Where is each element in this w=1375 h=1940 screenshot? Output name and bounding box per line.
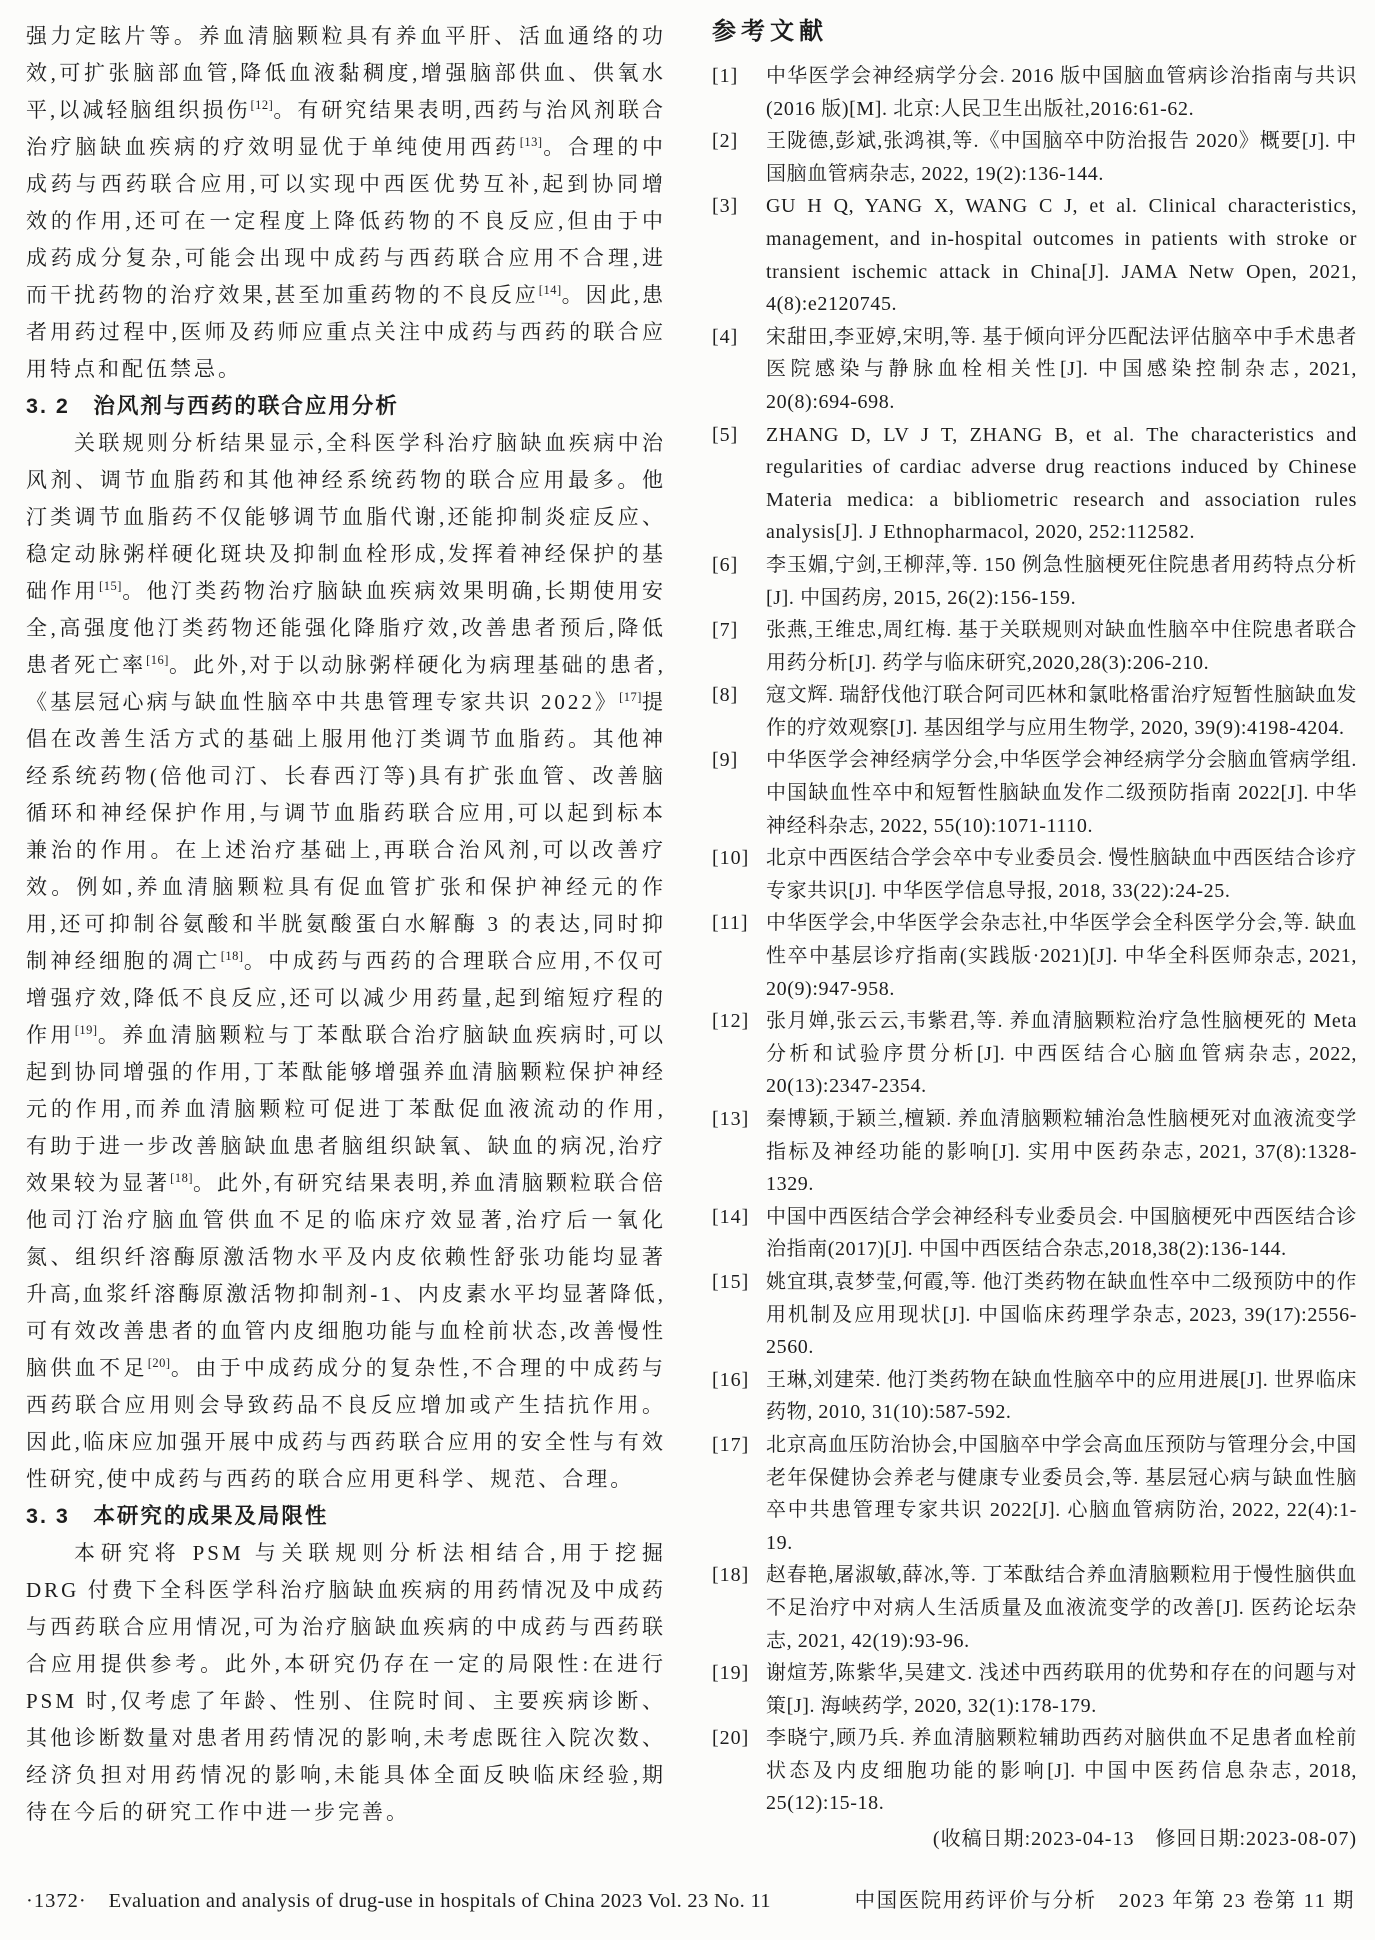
reference-number: [10] xyxy=(712,842,766,907)
reference-text: 张月婵,张云云,韦紫君,等. 养血清脑颗粒治疗急性脑梗死的 Meta 分析和试验… xyxy=(766,1005,1357,1103)
journal-page: 强力定眩片等。养血清脑颗粒具有养血平肝、活血通络的功效,可扩张脑部血管,降低血液… xyxy=(0,0,1375,1940)
reference-text: 北京高血压防治协会,中国脑卒中学会高血压预防与管理分会,中国老年保健协会养老与健… xyxy=(766,1429,1357,1559)
reference-number: [3] xyxy=(712,190,766,320)
reference-text: 李玉媚,宁剑,王柳萍,等. 150 例急性脑梗死住院患者用药特点分析[J]. 中… xyxy=(766,549,1357,614)
reference-text: 谢煊芳,陈紫华,吴建文. 浅述中西药联用的优势和存在的问题与对策[J]. 海峡药… xyxy=(766,1657,1357,1722)
references-title: 参考文献 xyxy=(712,12,1357,52)
reference-item: [9] 中华医学会神经病学分会,中华医学会神经病学分会脑血管病学组. 中国缺血性… xyxy=(712,744,1357,842)
reference-text: 王琳,刘建荣. 他汀类药物在缺血性脑卒中的应用进展[J]. 世界临床药物, 20… xyxy=(766,1364,1357,1429)
section-3-2-paragraph: 关联规则分析结果显示,全科医学科治疗脑缺血疾病中治风剂、调节血脂药和其他神经系统… xyxy=(26,425,666,1498)
reference-text: 宋甜田,李亚婷,宋明,等. 基于倾向评分匹配法评估脑卒中手术患者医院感染与静脉血… xyxy=(766,321,1357,419)
citation-superscript: [20] xyxy=(148,1356,171,1370)
reference-number: [16] xyxy=(712,1364,766,1429)
reference-item: [8] 寇文辉. 瑞舒伐他汀联合阿司匹林和氯吡格雷治疗短暂性脑缺血发作的疗效观察… xyxy=(712,679,1357,744)
citation-superscript: [13] xyxy=(520,135,543,149)
received-revised-dates: (收稿日期:2023-04-13 修回日期:2023-08-07) xyxy=(712,1823,1357,1856)
reference-number: [4] xyxy=(712,321,766,419)
reference-text: 中华医学会神经病学分会. 2016 版中国脑血管病诊治指南与共识(2016 版)… xyxy=(766,60,1357,125)
citation-superscript: [12] xyxy=(251,98,274,112)
reference-number: [2] xyxy=(712,125,766,190)
reference-number: [6] xyxy=(712,549,766,614)
reference-item: [3] GU H Q, YANG X, WANG C J, et al. Cli… xyxy=(712,190,1357,320)
reference-item: [19] 谢煊芳,陈紫华,吴建文. 浅述中西药联用的优势和存在的问题与对策[J]… xyxy=(712,1657,1357,1722)
citation-superscript: [14] xyxy=(539,283,562,297)
reference-number: [9] xyxy=(712,744,766,842)
reference-list: [1] 中华医学会神经病学分会. 2016 版中国脑血管病诊治指南与共识(201… xyxy=(712,60,1357,1820)
section-heading-3-3: 3. 3 本研究的成果及局限性 xyxy=(26,1498,666,1535)
paragraph-continuation: 强力定眩片等。养血清脑颗粒具有养血平肝、活血通络的功效,可扩张脑部血管,降低血液… xyxy=(26,18,666,388)
reference-item: [7] 张燕,王维忠,周红梅. 基于关联规则对缺血性脑卒中住院患者联合用药分析[… xyxy=(712,614,1357,679)
reference-item: [15] 姚宜琪,袁梦莹,何霞,等. 他汀类药物在缺血性卒中二级预防中的作用机制… xyxy=(712,1266,1357,1364)
reference-text: ZHANG D, LV J T, ZHANG B, et al. The cha… xyxy=(766,419,1357,549)
citation-superscript: [15] xyxy=(99,579,122,593)
reference-item: [16] 王琳,刘建荣. 他汀类药物在缺血性脑卒中的应用进展[J]. 世界临床药… xyxy=(712,1364,1357,1429)
reference-number: [15] xyxy=(712,1266,766,1364)
reference-number: [12] xyxy=(712,1005,766,1103)
reference-item: [2] 王陇德,彭斌,张鸿祺,等.《中国脑卒中防治报告 2020》概要[J]. … xyxy=(712,125,1357,190)
reference-text: 中华医学会,中华医学会杂志社,中华医学会全科医学分会,等. 缺血性卒中基层诊疗指… xyxy=(766,907,1357,1005)
reference-item: [10] 北京中西医结合学会卒中专业委员会. 慢性脑缺血中西医结合诊疗专家共识[… xyxy=(712,842,1357,907)
reference-text: 李晓宁,顾乃兵. 养血清脑颗粒辅助西药对脑供血不足患者血栓前状态及内皮细胞功能的… xyxy=(766,1722,1357,1820)
reference-text: 中国中西医结合学会神经科专业委员会. 中国脑梗死中西医结合诊治指南(2017)[… xyxy=(766,1201,1357,1266)
reference-item: [20] 李晓宁,顾乃兵. 养血清脑颗粒辅助西药对脑供血不足患者血栓前状态及内皮… xyxy=(712,1722,1357,1820)
reference-number: [1] xyxy=(712,60,766,125)
reference-text: 姚宜琪,袁梦莹,何霞,等. 他汀类药物在缺血性卒中二级预防中的作用机制及应用现状… xyxy=(766,1266,1357,1364)
reference-text: 赵春艳,屠淑敏,薛冰,等. 丁苯酞结合养血清脑颗粒用于慢性脑供血不足治疗中对病人… xyxy=(766,1559,1357,1657)
reference-number: [19] xyxy=(712,1657,766,1722)
reference-text: 北京中西医结合学会卒中专业委员会. 慢性脑缺血中西医结合诊疗专家共识[J]. 中… xyxy=(766,842,1357,907)
reference-number: [11] xyxy=(712,907,766,1005)
article-body-column: 强力定眩片等。养血清脑颗粒具有养血平肝、活血通络的功效,可扩张脑部血管,降低血液… xyxy=(26,18,666,1831)
references-column: 参考文献 [1] 中华医学会神经病学分会. 2016 版中国脑血管病诊治指南与共… xyxy=(712,12,1357,1856)
reference-number: [14] xyxy=(712,1201,766,1266)
reference-number: [13] xyxy=(712,1103,766,1201)
reference-item: [4] 宋甜田,李亚婷,宋明,等. 基于倾向评分匹配法评估脑卒中手术患者医院感染… xyxy=(712,321,1357,419)
citation-superscript: [16] xyxy=(146,653,169,667)
section-3-3-paragraph: 本研究将 PSM 与关联规则分析法相结合,用于挖掘 DRG 付费下全科医学科治疗… xyxy=(26,1535,666,1831)
reference-number: [7] xyxy=(712,614,766,679)
reference-number: [20] xyxy=(712,1722,766,1820)
footer-journal-chinese: 中国医院用药评价与分析 2023 年第 23 卷第 11 期 xyxy=(855,1886,1355,1916)
reference-number: [5] xyxy=(712,419,766,549)
reference-item: [17] 北京高血压防治协会,中国脑卒中学会高血压预防与管理分会,中国老年保健协… xyxy=(712,1429,1357,1559)
footer-left: ·1372·Evaluation and analysis of drug-us… xyxy=(26,1886,771,1916)
reference-text: 秦博颖,于颖兰,檀颖. 养血清脑颗粒辅治急性脑梗死对血液流变学指标及神经功能的影… xyxy=(766,1103,1357,1201)
page-footer: ·1372·Evaluation and analysis of drug-us… xyxy=(26,1886,1355,1916)
citation-superscript: [18] xyxy=(170,1171,193,1185)
page-number: ·1372· xyxy=(26,1890,87,1912)
reference-text: GU H Q, YANG X, WANG C J, et al. Clinica… xyxy=(766,190,1357,320)
reference-number: [17] xyxy=(712,1429,766,1559)
reference-item: [5] ZHANG D, LV J T, ZHANG B, et al. The… xyxy=(712,419,1357,549)
reference-text: 王陇德,彭斌,张鸿祺,等.《中国脑卒中防治报告 2020》概要[J]. 中国脑血… xyxy=(766,125,1357,190)
reference-item: [14] 中国中西医结合学会神经科专业委员会. 中国脑梗死中西医结合诊治指南(2… xyxy=(712,1201,1357,1266)
reference-item: [13] 秦博颖,于颖兰,檀颖. 养血清脑颗粒辅治急性脑梗死对血液流变学指标及神… xyxy=(712,1103,1357,1201)
reference-number: [18] xyxy=(712,1559,766,1657)
footer-journal-english: Evaluation and analysis of drug-use in h… xyxy=(109,1890,771,1912)
reference-item: [12] 张月婵,张云云,韦紫君,等. 养血清脑颗粒治疗急性脑梗死的 Meta … xyxy=(712,1005,1357,1103)
reference-item: [11] 中华医学会,中华医学会杂志社,中华医学会全科医学分会,等. 缺血性卒中… xyxy=(712,907,1357,1005)
citation-superscript: [19] xyxy=(75,1023,98,1037)
reference-text: 中华医学会神经病学分会,中华医学会神经病学分会脑血管病学组. 中国缺血性卒中和短… xyxy=(766,744,1357,842)
section-heading-3-2: 3. 2 治风剂与西药的联合应用分析 xyxy=(26,388,666,425)
reference-item: [6] 李玉媚,宁剑,王柳萍,等. 150 例急性脑梗死住院患者用药特点分析[J… xyxy=(712,549,1357,614)
reference-text: 张燕,王维忠,周红梅. 基于关联规则对缺血性脑卒中住院患者联合用药分析[J]. … xyxy=(766,614,1357,679)
reference-item: [18] 赵春艳,屠淑敏,薛冰,等. 丁苯酞结合养血清脑颗粒用于慢性脑供血不足治… xyxy=(712,1559,1357,1657)
citation-superscript: [17] xyxy=(619,690,642,704)
reference-number: [8] xyxy=(712,679,766,744)
reference-item: [1] 中华医学会神经病学分会. 2016 版中国脑血管病诊治指南与共识(201… xyxy=(712,60,1357,125)
reference-text: 寇文辉. 瑞舒伐他汀联合阿司匹林和氯吡格雷治疗短暂性脑缺血发作的疗效观察[J].… xyxy=(766,679,1357,744)
citation-superscript: [18] xyxy=(221,949,244,963)
